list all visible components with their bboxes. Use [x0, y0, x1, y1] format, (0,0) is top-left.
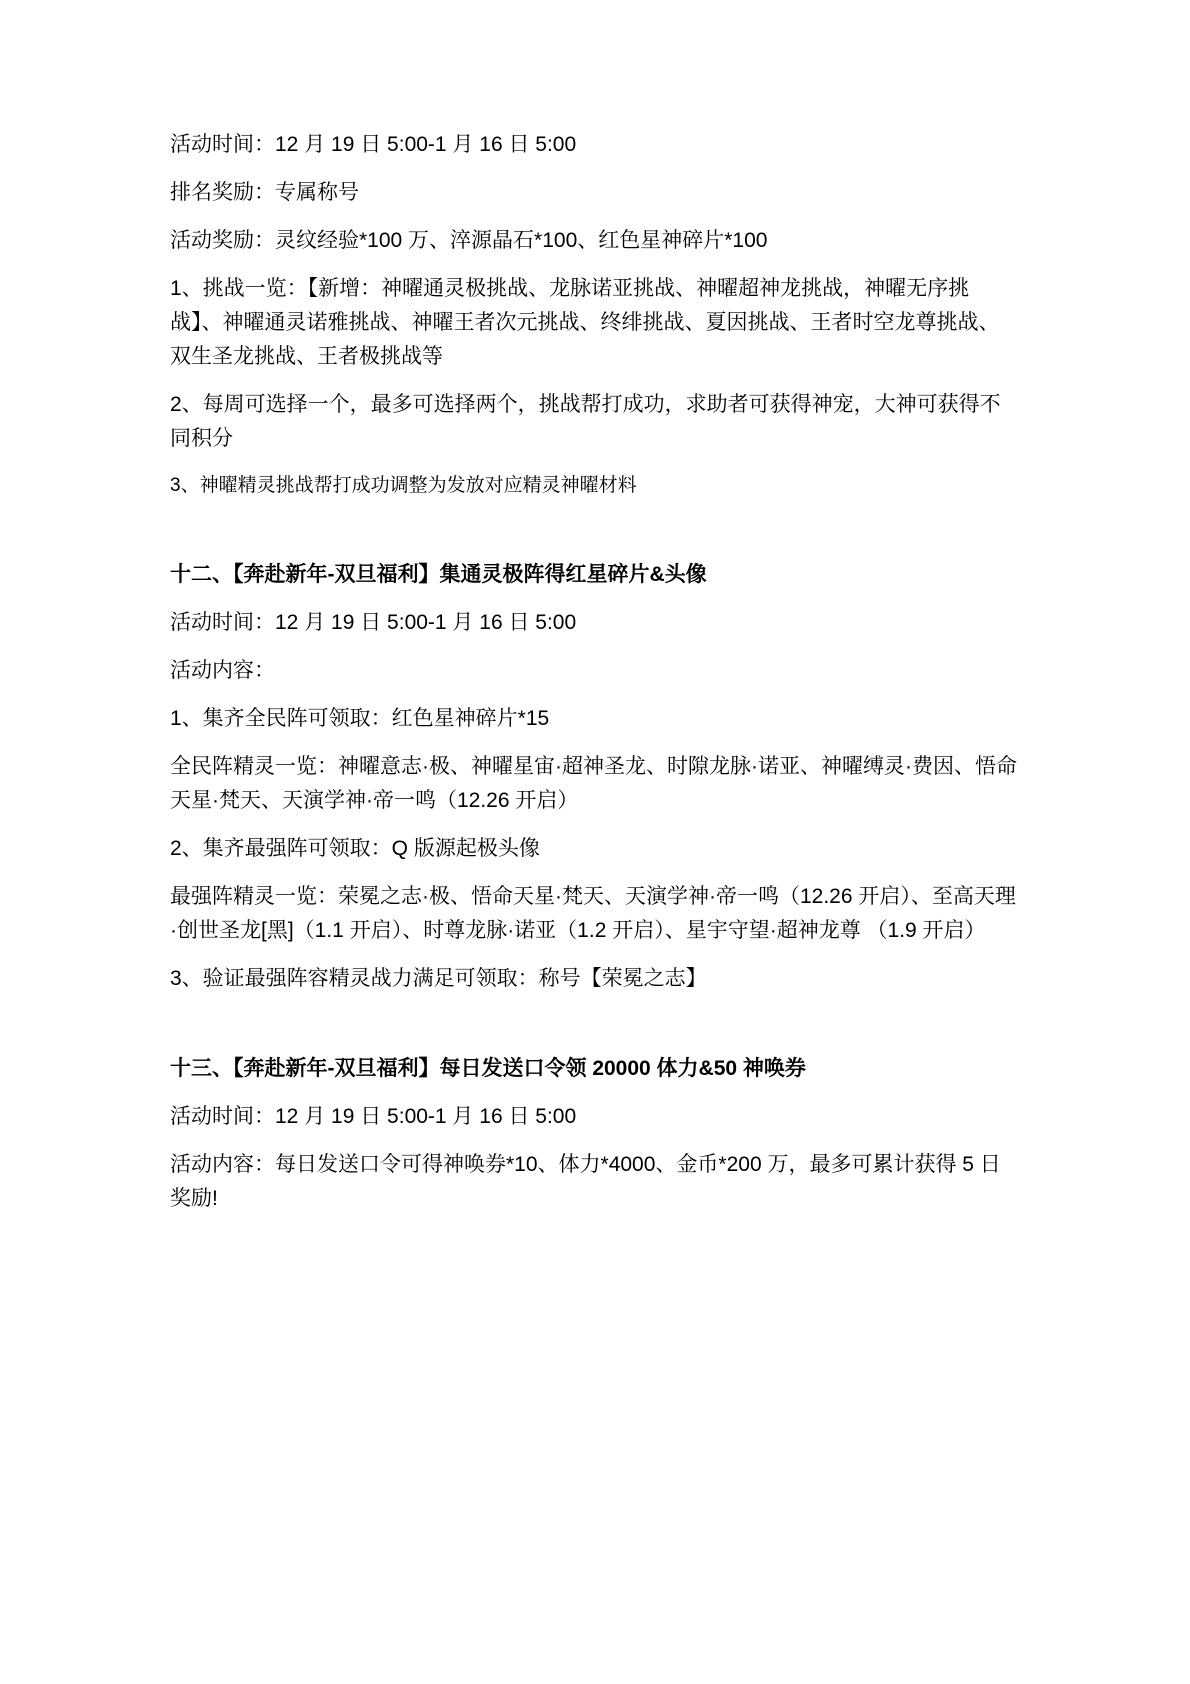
para-quanmin-elf-list: 全民阵精灵一览：神曜意志·极、神曜星宙·超神圣龙、时隙龙脉·诺亚、神曜缚灵·费因… [170, 750, 1020, 818]
section-13: 十三、【奔赴新年-双旦福利】每日发送口令领 20000 体力&50 神唤券 活动… [170, 1052, 1020, 1216]
section-heading-13: 十三、【奔赴新年-双旦福利】每日发送口令领 20000 体力&50 神唤券 [170, 1052, 1020, 1086]
para-weekly-selection-rule: 2、每周可选择一个，最多可选择两个，挑战帮打成功，求助者可获得神宠，大神可获得不… [170, 388, 1020, 456]
para-activity-time: 活动时间：12 月 19 日 5:00-1 月 16 日 5:00 [170, 128, 1020, 162]
section-12: 十二、【奔赴新年-双旦福利】集通灵极阵得红星碎片&头像 活动时间：12 月 19… [170, 558, 1020, 996]
para-quanmin-reward: 1、集齐全民阵可领取：红色星神碎片*15 [170, 702, 1020, 736]
document-page: 活动时间：12 月 19 日 5:00-1 月 16 日 5:00 排名奖励：专… [0, 0, 1190, 1684]
para-ranking-reward: 排名奖励：专属称号 [170, 176, 1020, 210]
para-activity-content: 活动内容：每日发送口令可得神唤券*10、体力*4000、金币*200 万，最多可… [170, 1148, 1020, 1216]
para-activity-time: 活动时间：12 月 19 日 5:00-1 月 16 日 5:00 [170, 606, 1020, 640]
section-11-continuation: 活动时间：12 月 19 日 5:00-1 月 16 日 5:00 排名奖励：专… [170, 128, 1020, 502]
para-activity-time: 活动时间：12 月 19 日 5:00-1 月 16 日 5:00 [170, 1100, 1020, 1134]
para-zuiqiang-elf-list: 最强阵精灵一览：荣冕之志·极、悟命天星·梵天、天演学神·帝一鸣（12.26 开启… [170, 880, 1020, 948]
para-challenge-list: 1、挑战一览：【新增：神曜通灵极挑战、龙脉诺亚挑战、神曜超神龙挑战，神曜无序挑战… [170, 272, 1020, 374]
para-title-reward: 3、验证最强阵容精灵战力满足可领取：称号【荣冕之志】 [170, 962, 1020, 996]
para-shenyao-material-rule: 3、神曜精灵挑战帮打成功调整为发放对应精灵神曜材料 [170, 470, 1020, 502]
para-activity-content-label: 活动内容： [170, 654, 1020, 688]
para-activity-reward: 活动奖励：灵纹经验*100 万、淬源晶石*100、红色星神碎片*100 [170, 224, 1020, 258]
section-heading-12: 十二、【奔赴新年-双旦福利】集通灵极阵得红星碎片&头像 [170, 558, 1020, 592]
para-zuiqiang-reward: 2、集齐最强阵可领取：Q 版源起极头像 [170, 832, 1020, 866]
